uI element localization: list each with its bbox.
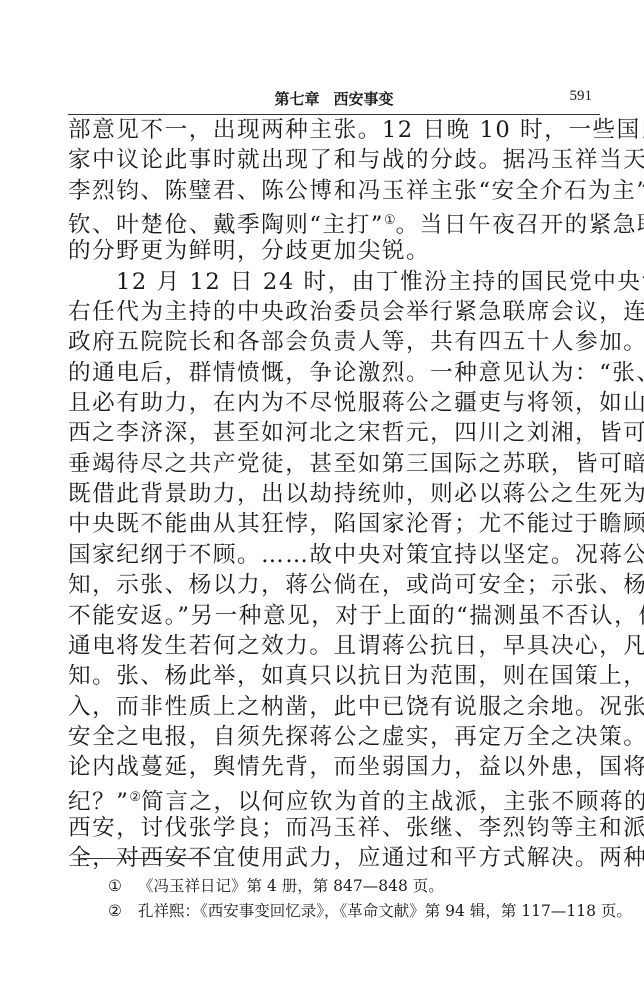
text-line: 家中议论此事时就出现了和与战的分歧。据冯玉祥当天的日记记载： <box>68 145 602 175</box>
footnote-divider <box>80 858 210 859</box>
text-line: 部意见不一，出现两种主张。12 日晚 10 时，一些国民党政要在何应钦 <box>68 115 602 145</box>
footnote-mark: ② <box>108 899 138 924</box>
running-head: 第七章西安事变 591 <box>68 84 600 115</box>
text-line: 既借此背景助力，出以劫持统帅，则必以蒋公之生死为政治上之要挟。 <box>68 479 602 509</box>
text-line: 论内战蔓延，舆情先背，而坐弱国力，益以外患，国将不国，遑论纲 <box>68 752 602 782</box>
text-segment: 纪？” <box>68 789 129 815</box>
text-line: 安全之电报，自须先探蒋公之虚实，再定万全之决策。如即张挞伐，无 <box>68 722 602 752</box>
footnote-1: ①《冯玉祥日记》第 4 册，第 847—848 页。 <box>108 874 632 899</box>
footnote-2: ②孔祥熙：《西安事变回忆录》，《革命文献》第 94 辑，第 117—118 页。 <box>108 899 632 924</box>
text-line: 中央既不能曲从其狂悖，陷国家沦胥；尤不能过于瞻顾蒋公之安全，置 <box>68 509 602 539</box>
text-line: 李烈钧、陈璧君、陈公博和冯玉祥主张“安全介石为主”；而朱培德、何应 <box>68 176 602 206</box>
page-number: 591 <box>570 88 593 105</box>
footnotes: ①《冯玉祥日记》第 4 册，第 847—848 页。 ②孔祥熙：《西安事变回忆录… <box>108 874 632 924</box>
footnote-ref-1[interactable]: ① <box>384 213 396 228</box>
paragraph-1: 部意见不一，出现两种主张。12 日晚 10 时，一些国民党政要在何应钦 家中议论… <box>68 115 602 267</box>
footnote-ref-2[interactable]: ② <box>129 790 141 805</box>
text-line: 通电将发生若何之效力。且谓蒋公抗日，早具决心，凡在帷幄，均所熟 <box>68 631 602 661</box>
text-line: 的通电后，群情愤慨，争论激烈。一种意见认为：“张、杨此举必有背景， <box>68 358 602 388</box>
chapter-title: 第七章西安事变 <box>68 88 600 109</box>
footnote-mark: ① <box>108 874 138 899</box>
text-line: 西之李济深，甚至如河北之宋哲元，四川之刘湘，皆可引为同路；在外为 <box>68 418 602 448</box>
chapter-number: 第七章 <box>274 90 319 108</box>
text-line: 不能安返。”另一种意见，对于上面的“揣测虽不否认，但不信学良等之 <box>68 601 602 631</box>
text-line: 钦、叶楚伧、戴季陶则“主打”①。当日午夜召开的紧急联席会议上两派 <box>68 206 602 236</box>
text-line: 知。张、杨此举，如真只以抗日为范围，则在国策上，只有时间上之出 <box>68 661 602 691</box>
text-line: 西安，讨伐张学良；而冯玉祥、张继、李烈钧等主和派则主张为保蒋安 <box>68 813 602 843</box>
text-segment: 。当日午夜召开的紧急联席会议上两派 <box>396 212 644 238</box>
footnote-text: 孔祥熙：《西安事变回忆录》，《革命文献》第 94 辑，第 117—118 页。 <box>138 902 632 920</box>
text-line: 垂竭待尽之共产党徒，甚至如第三国际之苏联，皆可暗中联络。张、杨 <box>68 449 602 479</box>
text-line: 且必有助力，在内为不尽悦服蒋公之疆吏与将领，如山东之韩复榘，广 <box>68 388 602 418</box>
text-line: 右任代为主持的中央政治委员会举行紧急联席会议，连同列席的国民 <box>68 297 602 327</box>
paragraph-2: 12 月 12 日 24 时，由丁惟汾主持的国民党中央常务委员会和由于 右任代为… <box>68 267 602 874</box>
text-line: 知，示张、杨以力，蒋公倘在，或尚可安全；示张、杨以弱，蒋公虽在，或竟 <box>68 570 602 600</box>
text-segment: 钦、叶楚伧、戴季陶则“主打” <box>68 212 384 238</box>
text-line: 的分野更为鲜明，分歧更加尖锐。 <box>68 236 602 266</box>
text-segment: 简言之，以何应钦为首的主战派，主张不顾蒋的死活，立即进攻 <box>141 789 644 815</box>
text-line: 纪？”②简言之，以何应钦为首的主战派，主张不顾蒋的死活，立即进攻 <box>68 783 602 813</box>
text-line: 入，而非性质上之枘凿，此中已饶有说服之余地。况张氏既有保证蒋公 <box>68 692 602 722</box>
chapter-name: 西安事变 <box>334 90 394 108</box>
text-line: 12 月 12 日 24 时，由丁惟汾主持的国民党中央常务委员会和由于 <box>68 267 602 297</box>
footnote-text: 《冯玉祥日记》第 4 册，第 847—848 页。 <box>138 877 444 895</box>
text-line: 国家纪纲于不顾。……故中央对策宜持以坚定。况蒋公安全尚不可 <box>68 540 602 570</box>
text-line: 政府五院院长和各部会负责人等，共有四五十人参加。会议宣读张、杨 <box>68 327 602 357</box>
body-text: 部意见不一，出现两种主张。12 日晚 10 时，一些国民党政要在何应钦 家中议论… <box>68 115 602 874</box>
